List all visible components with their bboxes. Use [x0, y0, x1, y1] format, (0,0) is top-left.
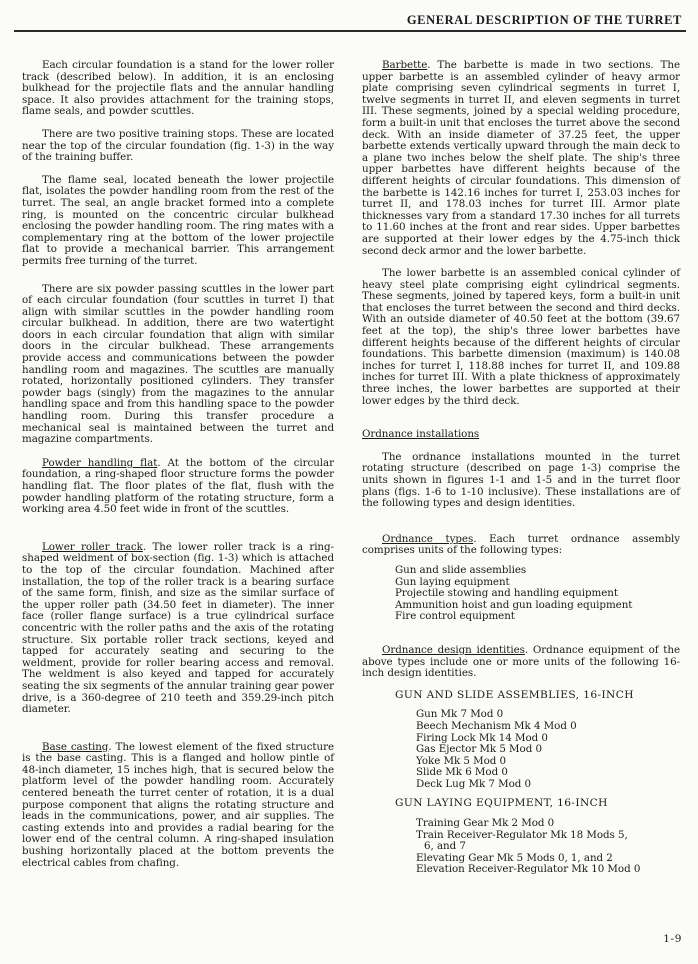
running-head-title: GENERAL DESCRIPTION OF THE TURRET — [407, 13, 682, 28]
paragraph-powder-scuttles: There are six powder passing scuttles in… — [22, 284, 334, 446]
list-item: Projectile stowing and handling equipmen… — [395, 588, 680, 600]
gun-laying-list: Training Gear Mk 2 Mod 0 Train Receiver-… — [395, 818, 680, 876]
paragraph-powder-handling-flat: Powder handling flat. At the bottom of t… — [22, 458, 334, 516]
right-column: Barbette. The barbette is made in two se… — [362, 60, 680, 876]
paragraph-barbette: Barbette. The barbette is made in two se… — [362, 60, 680, 257]
paragraph-training-stops: There are two positive training stops. T… — [22, 129, 334, 164]
heading-base-casting: Base casting — [42, 741, 108, 753]
list-item: Gas Ejector Mk 5 Mod 0 — [416, 744, 680, 756]
left-column: Each circular foundation is a stand for … — [22, 60, 334, 869]
heading-barbette: Barbette — [382, 59, 427, 71]
list-item: Fire control equipment — [395, 611, 680, 623]
gun-slide-list: Gun Mk 7 Mod 0 Beech Mechanism Mk 4 Mod … — [395, 709, 680, 790]
list-item: Deck Lug Mk 7 Mod 0 — [416, 779, 680, 791]
list-item: Elevation Receiver-Regulator Mk 10 Mod 0 — [416, 864, 680, 876]
heading-ordnance-installations: Ordnance installations — [362, 429, 680, 441]
paragraph-flame-seal: The flame seal, located beneath the lowe… — [22, 175, 334, 268]
ordnance-types-list: Gun and slide assemblies Gun laying equi… — [362, 565, 680, 623]
list-item: Beech Mechanism Mk 4 Mod 0 — [416, 721, 680, 733]
heading-ordnance-types: Ordnance types — [382, 533, 473, 545]
paragraph-design-identities: Ordnance design identities. Ordnance equ… — [362, 645, 680, 680]
page-header: GENERAL DESCRIPTION OF THE TURRET — [14, 10, 686, 32]
page-number: 1-9 — [663, 933, 682, 945]
list-item: Train Receiver-Regulator Mk 18 Mods 5,6,… — [416, 830, 680, 853]
paragraph-base-casting: Base casting. The lowest element of the … — [22, 742, 334, 870]
paragraph-lower-barbette: The lower barbette is an assembled conic… — [362, 268, 680, 407]
paragraph-circular-foundation: Each circular foundation is a stand for … — [22, 60, 334, 118]
heading-powder-handling-flat: Powder handling flat — [42, 457, 157, 469]
paragraph-lower-roller-track: Lower roller track. The lower roller tra… — [22, 542, 334, 716]
paragraph-ordnance-types: Ordnance types. Each turret ordnance ass… — [362, 534, 680, 557]
heading-lower-roller-track: Lower roller track — [42, 541, 143, 553]
paragraph-ordnance-installations: The ordnance installations mounted in th… — [362, 452, 680, 510]
heading-gun-and-slide-assemblies: GUN AND SLIDE ASSEMBLIES, 16-INCH — [362, 690, 680, 702]
heading-gun-laying-equipment: GUN LAYING EQUIPMENT, 16-INCH — [362, 798, 680, 810]
list-item: Gun and slide assemblies — [395, 565, 680, 577]
heading-design-identities: Ordnance design identities — [382, 644, 525, 656]
